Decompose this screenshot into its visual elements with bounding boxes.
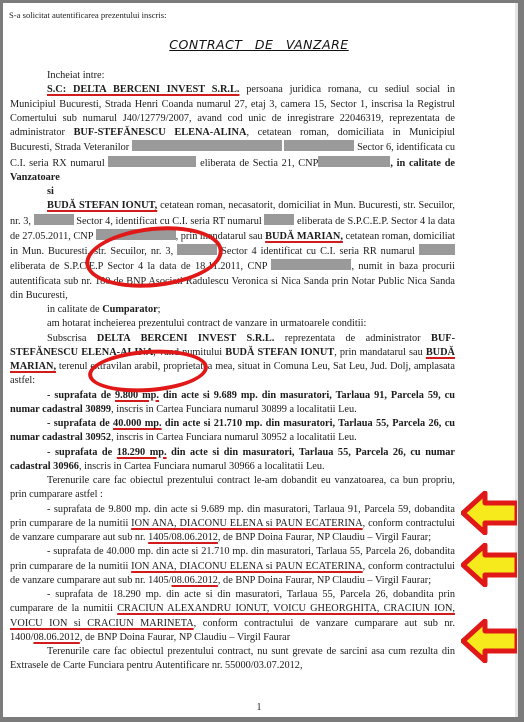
acquired-intro: Terenurile care fac obiectul prezentului… [10, 474, 455, 503]
clause-paragraph: Subscrisa DELTA BERCENI INVEST S.R.L. re… [10, 332, 455, 389]
seller-paragraph: S.C: DELTA BERCENI INVEST S.R.L. persoan… [10, 83, 455, 185]
previous-owners: ION ANA, DIACONU ELENA si PAUN ECATERINA [131, 561, 363, 572]
seller-admin: BUF-STEFĂNESCU ELENA-ALINA [74, 127, 247, 138]
redaction [34, 214, 74, 225]
redaction [264, 214, 294, 225]
arrow-icon [461, 491, 517, 535]
and-line: si [10, 185, 455, 199]
contract-date: 08.06.2012 [172, 575, 218, 586]
authentication-note: S-a solicitat autentificarea prezentului… [9, 8, 167, 22]
document-page: S-a solicitat autentificarea prezentului… [3, 3, 518, 717]
redaction [108, 156, 196, 167]
parcel-item: - suprafata de 9.800 mp. din acte si 9.6… [10, 389, 455, 418]
parcel-item: - suprafata de 18.290 mp. din acte si di… [10, 446, 455, 475]
seller-name: S.C: DELTA BERCENI INVEST S.R.L. [47, 84, 239, 95]
buyer-name: BUDĂ STEFAN IONUT, [47, 200, 157, 211]
buyer-role: in calitate de Cumparator; [10, 303, 455, 317]
agent-name: BUDĂ MARIAN, [265, 231, 343, 242]
parcel-item: - suprafata de 40.000 mp. din acte si 21… [10, 417, 455, 446]
agreement-line: am hotarat incheierea prezentului contra… [10, 317, 455, 331]
previous-owners: ION ANA, DIACONU ELENA si PAUN ECATERINA [131, 518, 363, 529]
document-body: Incheiat intre: S.C: DELTA BERCENI INVES… [10, 69, 455, 674]
arrow-icon [461, 619, 517, 663]
contract-number: 1405/08.06.2012 [148, 532, 218, 543]
redaction [419, 244, 455, 255]
redaction [284, 140, 354, 151]
parcel-area: 40.000 mp. [113, 418, 162, 429]
parcel-area: 18.290 mp. [117, 447, 167, 458]
contract-date: 08.06.2012 [33, 632, 79, 643]
arrow-icon [461, 543, 517, 587]
buyer-paragraph: BUDĂ STEFAN IONUT, cetatean roman, necas… [10, 199, 455, 303]
intro-line: Incheiat intre: [10, 69, 455, 83]
redaction [132, 140, 282, 151]
redaction [318, 156, 390, 167]
document-title: CONTRACT DE VANZARE [3, 38, 515, 52]
acquisition-item: - suprafata de 18.290 mp. din acte si di… [10, 588, 455, 645]
redaction [271, 259, 351, 270]
acquisition-item: - suprafata de 9.800 mp. din acte si 9.6… [10, 503, 455, 546]
page-number: 1 [3, 701, 515, 715]
acquisition-item: - suprafata de 40.000 mp. din acte si 21… [10, 545, 455, 588]
encumbrance-paragraph: Terenurile care fac obiectul prezentului… [10, 645, 455, 674]
